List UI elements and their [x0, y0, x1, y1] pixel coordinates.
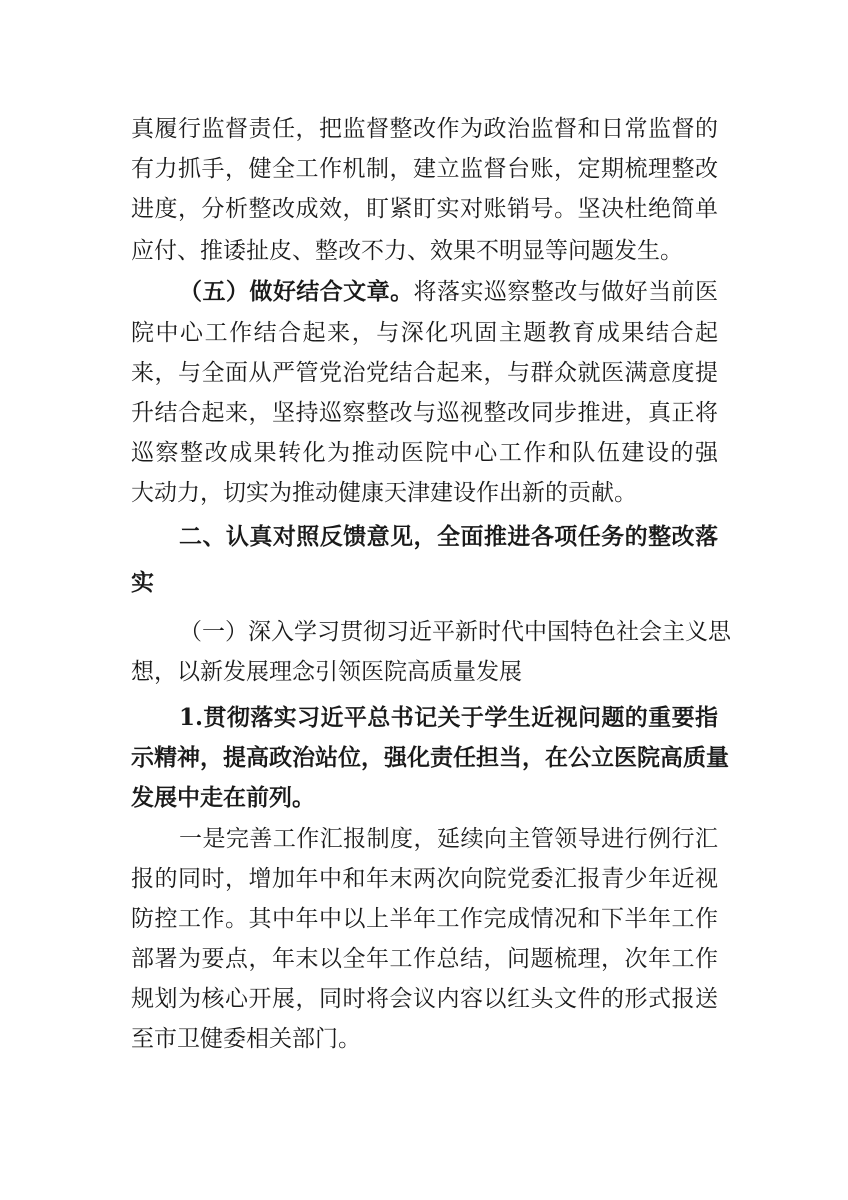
section-five-heading: （五）做好结合文章。 — [179, 278, 414, 305]
paragraph-line: 应付、推诿扯皮、整改不力、效果不明显等问题发生。 — [131, 236, 718, 266]
paragraph-line: 真履行监督责任，把监督整改作为政治监督和日常监督的 — [131, 114, 718, 144]
paragraph-line: 巡察整改成果转化为推动医院中心工作和队伍建设的强 — [131, 438, 718, 468]
paragraph-line: 一是完善工作汇报制度，延续向主管领导进行例行汇 — [179, 824, 718, 854]
subsection-one-heading: （一）深入学习贯彻习近平新时代中国特色社会主义思 — [179, 617, 718, 647]
paragraph-line: 至市卫健委相关部门。 — [131, 1024, 718, 1054]
paragraph-line: 大动力，切实为推动健康天津建设作出新的贡献。 — [131, 478, 718, 508]
paragraph-line: 升结合起来，坚持巡察整改与巡视整改同步推进，真正将 — [131, 398, 718, 428]
part-two-heading: 二、认真对照反馈意见，全面推进各项任务的整改落 — [179, 522, 718, 552]
item-one-heading-cont: 发展中走在前列。 — [131, 783, 718, 813]
item-one-heading-cont: 示精神，提高政治站位，强化责任担当，在公立医院高质量 — [131, 743, 718, 773]
paragraph-line: 院中心工作结合起来，与深化巩固主题教育成果结合起 — [131, 318, 718, 348]
paragraph-line: 防控工作。其中年中以上半年工作完成情况和下半年工作 — [131, 904, 718, 934]
item-one-heading: 1.贯彻落实习近平总书记关于学生近视问题的重要指 — [179, 703, 718, 733]
section-five-first-line: （五）做好结合文章。将落实巡察整改与做好当前医 — [179, 277, 718, 307]
document-page: 真履行监督责任，把监督整改作为政治监督和日常监督的 有力抓手，健全工作机制，建立… — [0, 0, 848, 1200]
paragraph-line: 来，与全面从严管党治党结合起来，与群众就医满意度提 — [131, 358, 718, 388]
paragraph-line: 进度，分析整改成效，盯紧盯实对账销号。坚决杜绝简单 — [131, 194, 718, 224]
paragraph-line: 有力抓手，健全工作机制，建立监督台账，定期梳理整改 — [131, 154, 718, 184]
paragraph-line: 报的同时，增加年中和年末两次向院党委汇报青少年近视 — [131, 864, 718, 894]
section-five-text: 将落实巡察整改与做好当前医 — [414, 279, 718, 305]
paragraph-line: 规划为核心开展，同时将会议内容以红头文件的形式报送 — [131, 984, 718, 1014]
part-two-heading-cont: 实 — [131, 568, 718, 598]
paragraph-line: 部署为要点，年末以全年工作总结，问题梳理，次年工作 — [131, 944, 718, 974]
subsection-one-heading-cont: 想，以新发展理念引领医院高质量发展 — [131, 657, 718, 687]
